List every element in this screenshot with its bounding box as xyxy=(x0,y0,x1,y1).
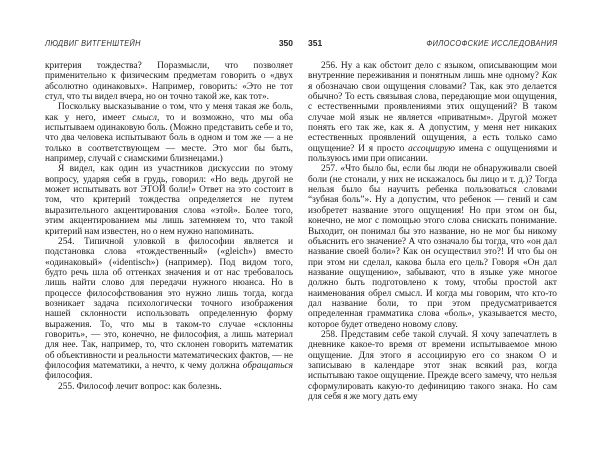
running-head-title-right: ФИЛОСОФСКИЕ ИССЛЕДОВАНИЯ xyxy=(426,39,557,48)
page-number-left: 350 xyxy=(279,38,293,48)
running-head-left: ЛЮДВИГ ВИТГЕНШТЕЙН 350 xyxy=(45,38,293,48)
paragraph: 254. Типичной уловкой в философии являет… xyxy=(45,237,293,382)
text-block-left: критерия тождества? Поразмысли, что позв… xyxy=(45,61,293,392)
paragraph: 255. Философ лечит вопрос: как болезнь. xyxy=(45,382,293,392)
paragraph: 258. Представим себе такой случай. Я хоч… xyxy=(308,330,557,402)
paragraph: 257. «Что было бы, если бы люди не обнар… xyxy=(308,164,557,330)
running-head-right: 351 ФИЛОСОФСКИЕ ИССЛЕДОВАНИЯ xyxy=(308,38,557,48)
paragraph: 256. Ну а как обстоит дело с языком, опи… xyxy=(308,61,557,164)
page-right: 351 ФИЛОСОФСКИЕ ИССЛЕДОВАНИЯ 256. Ну а к… xyxy=(308,38,557,402)
running-head-title-left: ЛЮДВИГ ВИТГЕНШТЕЙН xyxy=(45,39,141,48)
page-left: ЛЮДВИГ ВИТГЕНШТЕЙН 350 критерия тождеств… xyxy=(45,38,293,392)
text-block-right: 256. Ну а как обстоит дело с языком, опи… xyxy=(308,61,557,402)
paragraph: Поскольку высказывание о том, что у меня… xyxy=(45,102,293,164)
paragraph: Я видел, как один из участников дискусси… xyxy=(45,164,293,236)
page-number-right: 351 xyxy=(308,38,322,48)
paragraph: критерия тождества? Поразмысли, что позв… xyxy=(45,61,293,102)
book-spread: ЛЮДВИГ ВИТГЕНШТЕЙН 350 критерия тождеств… xyxy=(0,0,600,468)
